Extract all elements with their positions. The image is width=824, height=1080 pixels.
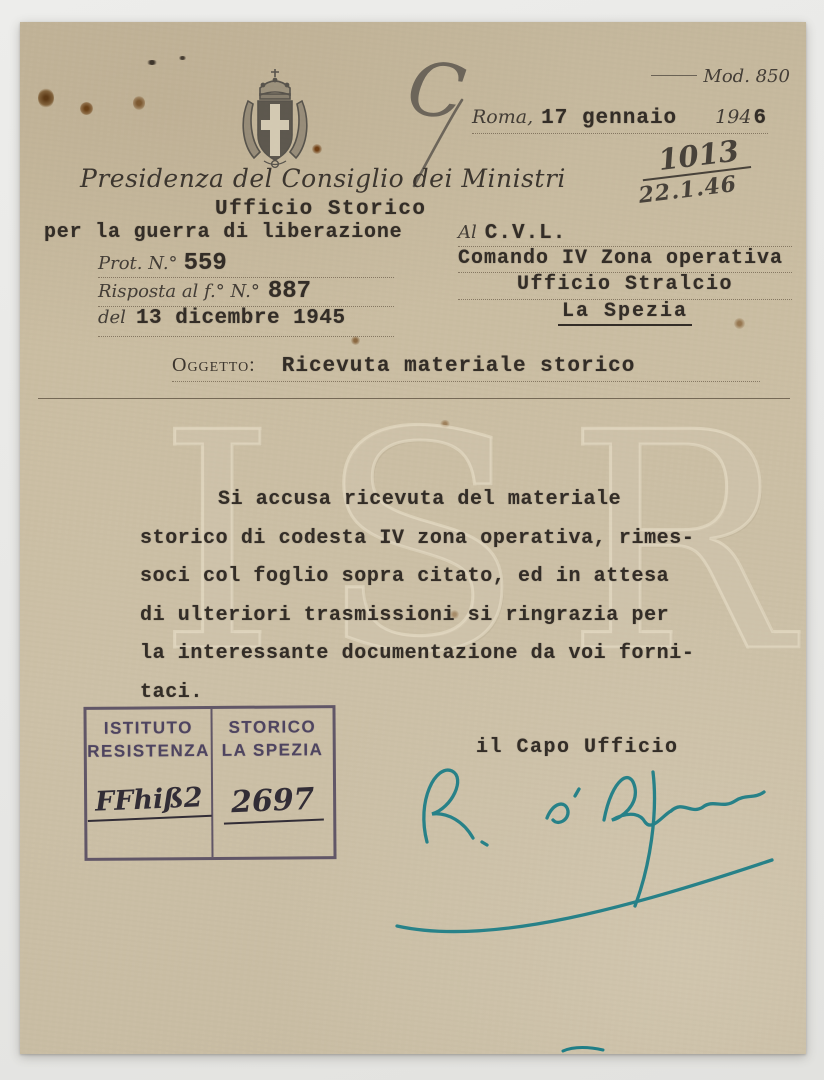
stamp-label: LA SPEZIA (222, 738, 324, 762)
body-line: storico di codesta IV zona operativa, ri… (140, 527, 695, 550)
reference-block: Prot. N.° 559 Risposta al f.° N.° 887 de… (98, 250, 394, 337)
form-number: Mod. 850 (703, 66, 790, 87)
typed-date: 17 gennaio (541, 107, 677, 130)
al-label: Al (458, 222, 477, 243)
prot-value: 559 (184, 250, 227, 277)
pencil-protocol: 1013 22.1.46 (639, 131, 766, 208)
recipient-block: Al C.V.L. Comando IV Zona operativa Uffi… (458, 222, 792, 327)
subject-row: Oggetto: Ricevuta materiale storico (172, 354, 760, 382)
ink-mark (560, 1044, 606, 1054)
ink-stain (440, 420, 450, 428)
stamp-handwritten-code: FFhiß2 (86, 782, 211, 822)
dash-rule (651, 75, 697, 76)
stamp-label: ISTITUTO (104, 716, 193, 740)
letterhead-office: Ufficio Storico (215, 198, 427, 221)
del-label: del (98, 307, 126, 328)
body-line: Si accusa ricevuta del materiale (218, 488, 621, 511)
horizontal-rule (38, 398, 790, 399)
stamp-label: RESISTENZA (87, 739, 210, 763)
printed-year: 194 (715, 106, 751, 128)
stamp-handwritten-number: 2697 (222, 781, 323, 824)
ink-stain (133, 96, 145, 110)
reply-label: Risposta al f.° N.° (98, 281, 260, 302)
typed-year-digit: 6 (753, 107, 766, 130)
form-number-row: Mod. 850 (590, 66, 790, 87)
recipient-line4: La Spezia (558, 300, 692, 326)
subject-value: Ricevuta materiale storico (282, 355, 636, 378)
subject-label: Oggetto: (172, 354, 256, 377)
stamp-cell-right: STORICO LA SPEZIA 2697 (210, 708, 333, 857)
stamp-label: STORICO (228, 715, 316, 739)
body-line: taci. (140, 681, 203, 704)
recipient-line1: C.V.L. (485, 222, 567, 245)
recipient-line2: Comando IV Zona operativa (458, 247, 783, 270)
letterhead-office2: per la guerra di liberazione (44, 221, 402, 244)
place-label: Roma, (472, 106, 533, 128)
signature-script (372, 754, 782, 969)
document-paper: ISR C Mod. 850 Roma, 17 gennaio (20, 22, 806, 1054)
ink-stain (38, 88, 54, 108)
letterhead-script: Presidenza del Consiglio dei Ministri (80, 164, 566, 193)
del-value: 13 dicembre 1945 (136, 307, 346, 330)
reply-value: 887 (268, 278, 311, 305)
savoy-coat-of-arms (236, 68, 314, 172)
prot-label: Prot. N.° (98, 253, 178, 274)
recipient-line3: Ufficio Stralcio (517, 273, 733, 296)
archive-stamp: ISTITUTO RESISTENZA FFhiß2 STORICO LA SP… (83, 705, 336, 861)
ink-stain (80, 102, 93, 115)
body-line: soci col foglio sopra citato, ed in atte… (140, 565, 669, 588)
ink-stain (351, 336, 360, 345)
date-line: Roma, 17 gennaio 194 6 (472, 106, 768, 134)
body-line: di ulteriori trasmissioni si ringrazia p… (140, 604, 669, 627)
speck (178, 56, 187, 60)
body-line: la interessante documentazione da voi fo… (140, 642, 695, 665)
speck (146, 60, 158, 65)
stamp-cell-left: ISTITUTO RESISTENZA FFhiß2 (86, 709, 211, 858)
